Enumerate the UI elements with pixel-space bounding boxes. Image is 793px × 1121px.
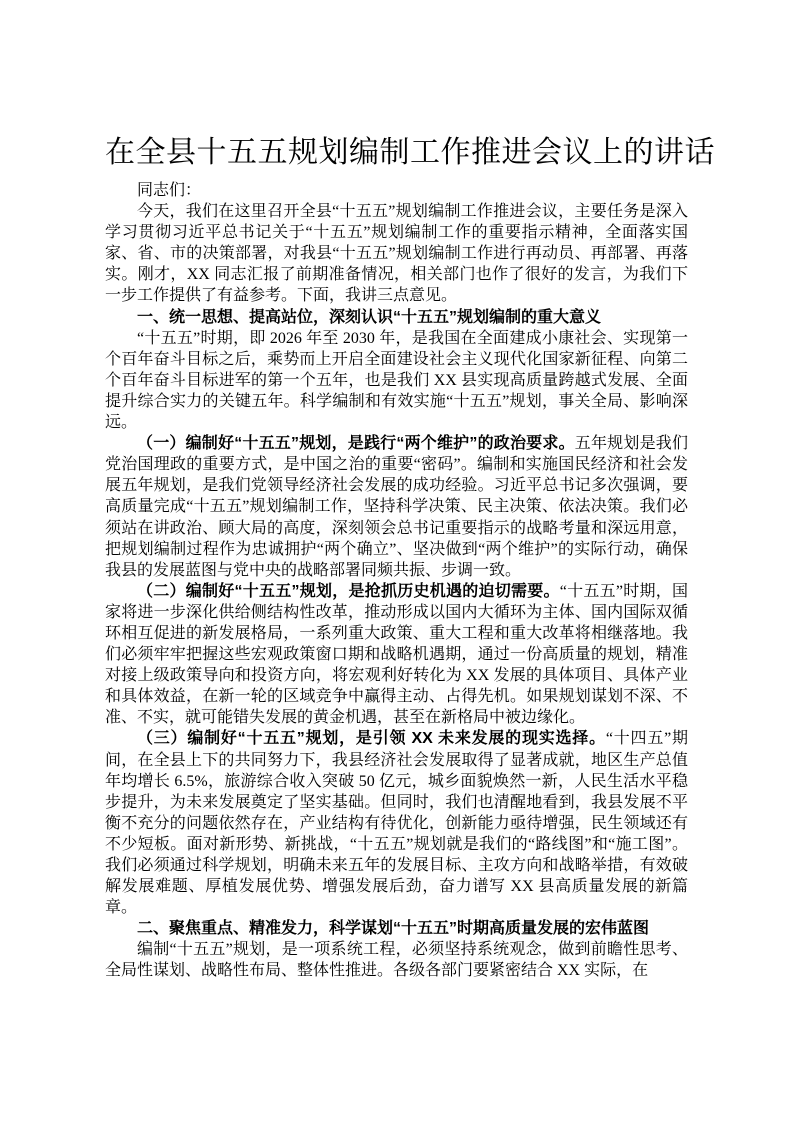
section-1-point-2-paragraph: （二）编制好“十五五”规划，是抢抓历史机遇的迫切需要。“十五五”时期，国家将进一…: [105, 581, 688, 729]
document-page: 在全县十五五规划编制工作推进会议上的讲话 同志们： 今天，我们在这里召开全县“十…: [0, 0, 793, 1121]
section-1-overview-paragraph: “十五五”时期，即 2026 年至 2030 年，是我国在全面建成小康社会、实现…: [105, 328, 688, 433]
section-1-point-3-lead: （三）编制好“十五五”规划，是引领 XX 未来发展的现实选择。: [137, 730, 606, 747]
section-1-point-2-text: “十五五”时期，国家将进一步深化供给侧结构性改革，推动形成以国内大循环为主体、国…: [105, 583, 688, 727]
section-2-heading: 二、聚焦重点、精准发力，科学谋划“十五五”时期高质量发展的宏伟蓝图: [105, 918, 688, 939]
section-1-point-3-paragraph: （三）编制好“十五五”规划，是引领 XX 未来发展的现实选择。“十四五”期间，在…: [105, 728, 688, 918]
document-content: 在全县十五五规划编制工作推进会议上的讲话 同志们： 今天，我们在这里召开全县“十…: [0, 132, 793, 982]
intro-paragraph: 今天，我们在这里召开全县“十五五”规划编制工作推进会议，主要任务是深入学习贯彻习…: [105, 201, 688, 306]
section-1-point-2-lead: （二）编制好“十五五”规划，是抢抓历史机遇的迫切需要。: [137, 583, 560, 600]
document-title: 在全县十五五规划编制工作推进会议上的讲话: [105, 132, 688, 174]
section-2-overview-paragraph: 编制“十五五”规划，是一项系统工程，必须坚持系统观念，做到前瞻性思考、全局性谋划…: [105, 939, 688, 981]
salutation: 同志们：: [105, 180, 688, 201]
section-1-point-1-paragraph: （一）编制好“十五五”规划，是践行“两个维护”的政治要求。五年规划是我们党治国理…: [105, 433, 688, 581]
section-1-point-3-text: “十四五”期间，在全县上下的共同努力下，我县经济社会发展取得了显著成就，地区生产…: [105, 730, 688, 916]
section-1-point-1-lead: （一）编制好“十五五”规划，是践行“两个维护”的政治要求。: [137, 435, 575, 452]
section-1-heading: 一、统一思想、提高站位，深刻认识“十五五”规划编制的重大意义: [105, 307, 688, 328]
section-1-point-1-text: 五年规划是我们党治国理政的重要方式，是中国之治的重要“密码”。编制和实施国民经济…: [105, 435, 688, 579]
